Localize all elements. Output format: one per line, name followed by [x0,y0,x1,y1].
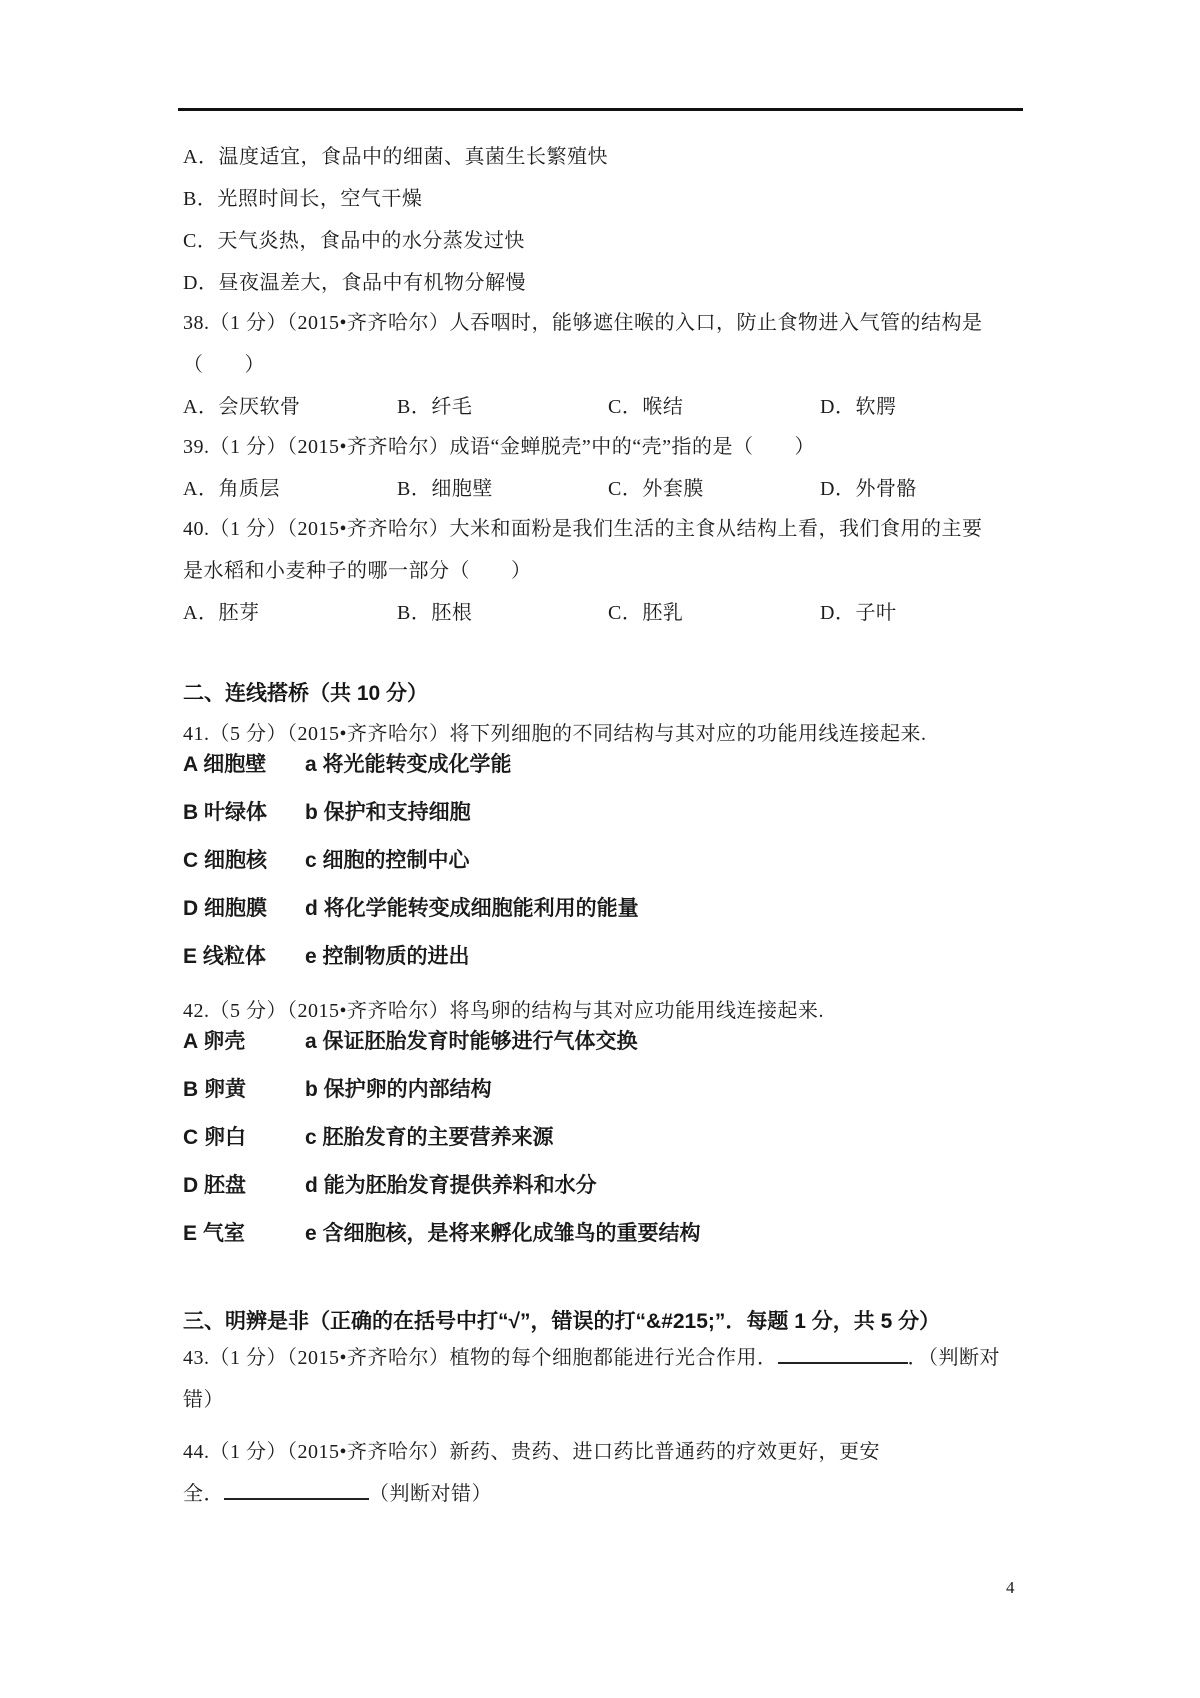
question-stem-line1: 44.（1 分）（2015•齐齐哈尔）新药、贵药、进口药比普通药的疗效更好，更安 [183,1431,1043,1473]
option-d: D．软腭 [820,386,896,428]
question-39: 39.（1 分）（2015•齐齐哈尔）成语“金蝉脱壳”中的“壳”指的是（ ） A… [183,426,1043,510]
question-40: 40.（1 分）（2015•齐齐哈尔）大米和面粉是我们生活的主食从结构上看，我们… [183,508,1043,634]
question-stem-line1: 43.（1 分）（2015•齐齐哈尔）植物的每个细胞都能进行光合作用．．（判断对 [183,1337,1043,1379]
match-row: E 线粒体e 控制物质的进出 [183,933,1043,981]
option-d: D．外骨骼 [820,468,917,510]
question-stem: 38.（1 分）（2015•齐齐哈尔）人吞咽时，能够遮住喉的入口，防止食物进入气… [183,302,1043,344]
match-row: A 细胞壁a 将光能转变成化学能 [183,741,1043,789]
options-row: A．胚芽B．胚根C．胚乳D．子叶 [183,592,1043,634]
match-right: b 保护和支持细胞 [305,801,471,824]
match-left: A 卵壳 [183,1018,305,1066]
stem-text: 全． [183,1483,224,1505]
stem-text: ．（判断对 [908,1347,1001,1369]
match-left: E 气室 [183,1210,305,1258]
option-a: A．会厌软骨 [183,386,397,428]
question-stem: 39.（1 分）（2015•齐齐哈尔）成语“金蝉脱壳”中的“壳”指的是（ ） [183,426,1043,468]
match-left: B 卵黄 [183,1066,305,1114]
match-right: c 细胞的控制中心 [305,849,470,872]
option-b: B．胚根 [397,592,608,634]
answer-parentheses: （ ） [183,344,1043,386]
option-b: B．细胞壁 [397,468,608,510]
match-left: D 细胞膜 [183,885,305,933]
match-right: d 能为胚胎发育提供养料和水分 [305,1174,597,1197]
stem-text: （判断对错） [369,1483,492,1505]
match-row: C 细胞核c 细胞的控制中心 [183,837,1043,885]
question-stem-line2: 是水稻和小麦种子的哪一部分（ ） [183,550,1043,592]
match-row: D 细胞膜d 将化学能转变成细胞能利用的能量 [183,885,1043,933]
match-right: e 控制物质的进出 [305,945,470,968]
match-left: C 细胞核 [183,837,305,885]
match-right: c 胚胎发育的主要营养来源 [305,1126,554,1149]
match-row: B 叶绿体b 保护和支持细胞 [183,789,1043,837]
match-left: E 线粒体 [183,933,305,981]
document-page: A．温度适宜，食品中的细菌、真菌生长繁殖快 B．光照时间长，空气干燥 C．天气炎… [0,0,1200,1698]
match-row: D 胚盘d 能为胚胎发育提供养料和水分 [183,1162,1043,1210]
match-row: A 卵壳a 保证胚胎发育时能够进行气体交换 [183,1018,1043,1066]
match-right: d 将化学能转变成细胞能利用的能量 [305,897,639,920]
match-right: e 含细胞核，是将来孵化成雏鸟的重要结构 [305,1222,701,1245]
section-title: 二、连线搭桥（共 10 分） [183,673,1043,715]
answer-blank [224,1492,369,1500]
options-row: A．会厌软骨B．纤毛C．喉结D．软腭 [183,386,1043,428]
option-a: A．胚芽 [183,592,397,634]
match-right: a 保证胚胎发育时能够进行气体交换 [305,1030,638,1053]
question-43: 43.（1 分）（2015•齐齐哈尔）植物的每个细胞都能进行光合作用．．（判断对… [183,1337,1043,1421]
question-37-options: A．温度适宜，食品中的细菌、真菌生长繁殖快 B．光照时间长，空气干燥 C．天气炎… [183,136,1043,304]
options-row: A．角质层B．细胞壁C．外套膜D．外骨骼 [183,468,1043,510]
match-left: B 叶绿体 [183,789,305,837]
match-row: E 气室e 含细胞核，是将来孵化成雏鸟的重要结构 [183,1210,1043,1258]
match-row: B 卵黄b 保护卵的内部结构 [183,1066,1043,1114]
option-d: D．子叶 [820,592,896,634]
option-row-b: B．光照时间长，空气干燥 [183,178,1043,220]
option-row-a: A．温度适宜，食品中的细菌、真菌生长繁殖快 [183,136,1043,178]
option-b: B．纤毛 [397,386,608,428]
option-c: C．胚乳 [608,592,820,634]
option-a: A．角质层 [183,468,397,510]
question-stem-line2: 错） [183,1379,1043,1421]
section-2-heading: 二、连线搭桥（共 10 分） [183,673,1043,715]
stem-text: 43.（1 分）（2015•齐齐哈尔）植物的每个细胞都能进行光合作用． [183,1347,778,1369]
match-row: C 卵白c 胚胎发育的主要营养来源 [183,1114,1043,1162]
page-number: 4 [1006,1578,1015,1598]
option-c: C．喉结 [608,386,820,428]
question-38: 38.（1 分）（2015•齐齐哈尔）人吞咽时，能够遮住喉的入口，防止食物进入气… [183,302,1043,428]
match-left: C 卵白 [183,1114,305,1162]
question-stem-line2: 全．（判断对错） [183,1473,1043,1515]
answer-blank [778,1356,908,1364]
header-rule [178,108,1023,111]
match-left: A 细胞壁 [183,741,305,789]
question-42-pairs: A 卵壳a 保证胚胎发育时能够进行气体交换 B 卵黄b 保护卵的内部结构 C 卵… [183,1018,1043,1258]
match-right: b 保护卵的内部结构 [305,1078,492,1101]
match-left: D 胚盘 [183,1162,305,1210]
question-41-pairs: A 细胞壁a 将光能转变成化学能 B 叶绿体b 保护和支持细胞 C 细胞核c 细… [183,741,1043,981]
question-stem-line1: 40.（1 分）（2015•齐齐哈尔）大米和面粉是我们生活的主食从结构上看，我们… [183,508,1043,550]
option-row-c: C．天气炎热，食品中的水分蒸发过快 [183,220,1043,262]
match-right: a 将光能转变成化学能 [305,753,512,776]
option-c: C．外套膜 [608,468,820,510]
option-row-d: D．昼夜温差大，食品中有机物分解慢 [183,262,1043,304]
question-44: 44.（1 分）（2015•齐齐哈尔）新药、贵药、进口药比普通药的疗效更好，更安… [183,1431,1043,1515]
